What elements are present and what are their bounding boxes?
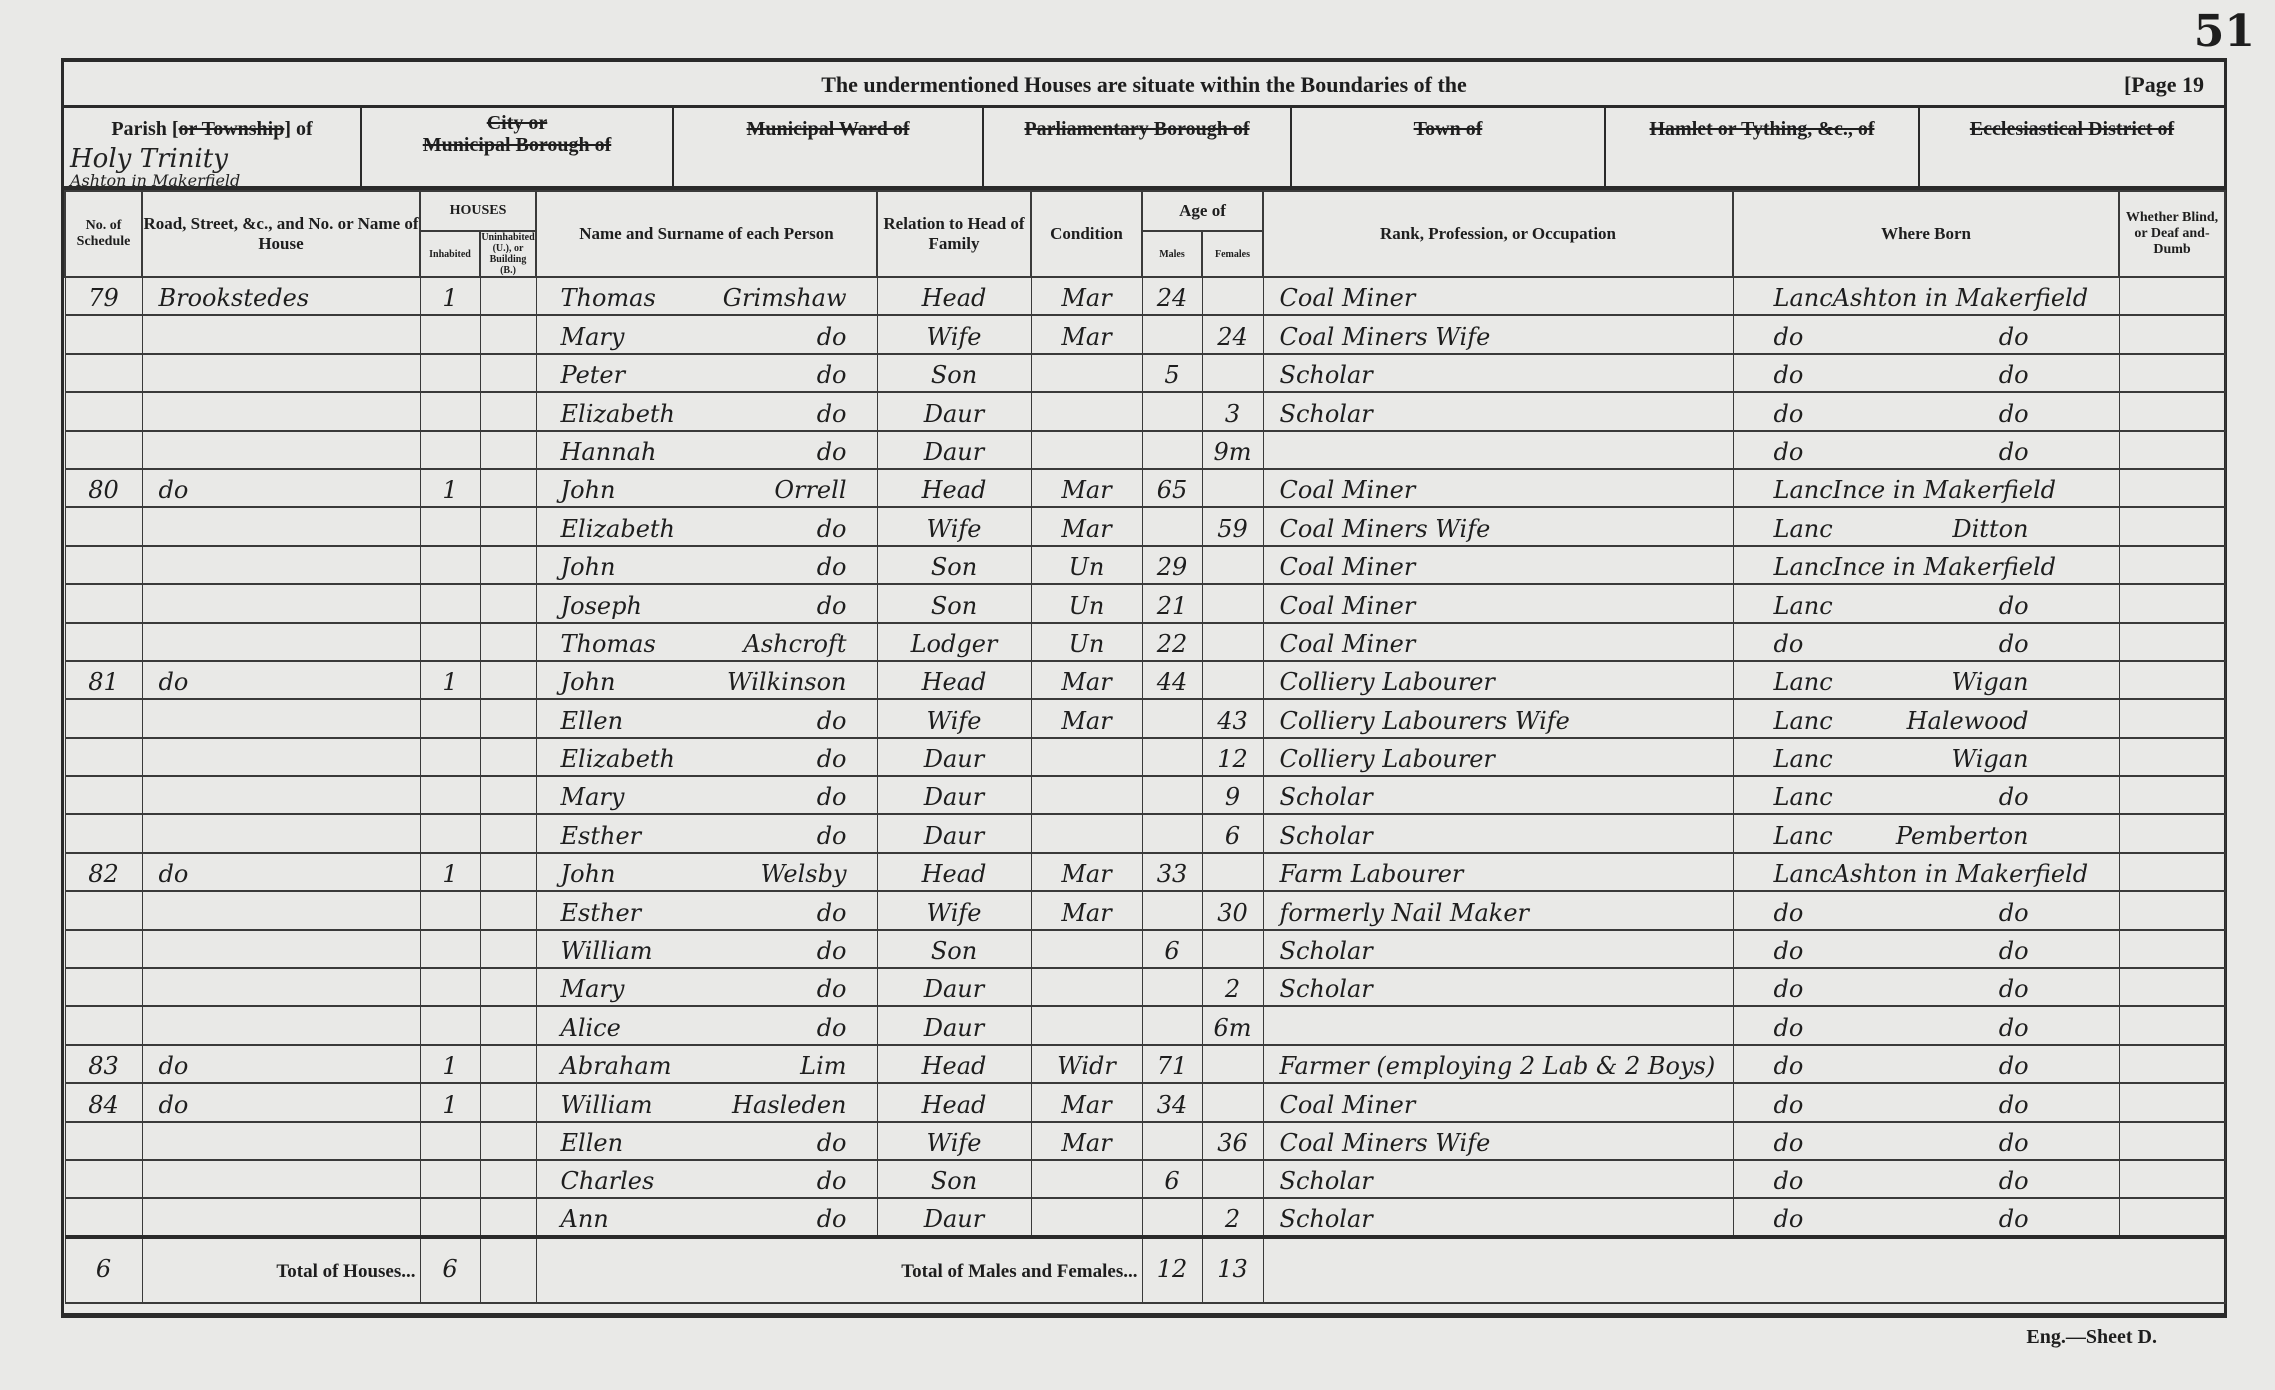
uninhabited-count bbox=[480, 1160, 536, 1198]
occupation bbox=[1263, 431, 1733, 469]
table-row: AlicedoDaur6mdodo bbox=[65, 1006, 2225, 1044]
census-form: The undermentioned Houses are situate wi… bbox=[61, 58, 2227, 1318]
road-name: do bbox=[142, 1045, 420, 1083]
totals-row: 6 Total of Houses... 6 Total of Males an… bbox=[65, 1237, 2225, 1303]
female-age: 6 bbox=[1202, 814, 1263, 852]
blind-deaf bbox=[2119, 1122, 2225, 1160]
where-born: LancAshton in Makerfield bbox=[1733, 277, 2119, 315]
relation: Head bbox=[877, 1045, 1031, 1083]
person-name: Elizabethdo bbox=[536, 507, 877, 545]
occupation: Scholar bbox=[1263, 814, 1733, 852]
uninhabited-count bbox=[480, 1122, 536, 1160]
col-header-where-born: Where Born bbox=[1733, 191, 2119, 277]
table-row: 81do1JohnWilkinsonHeadMar44Colliery Labo… bbox=[65, 661, 2225, 699]
condition bbox=[1031, 1198, 1142, 1236]
where-born: dodo bbox=[1733, 623, 2119, 661]
blind-deaf bbox=[2119, 776, 2225, 814]
person-name: Josephdo bbox=[536, 584, 877, 622]
male-age bbox=[1142, 968, 1202, 1006]
schedule-number bbox=[65, 623, 142, 661]
road-name bbox=[142, 776, 420, 814]
where-born: LancDitton bbox=[1733, 507, 2119, 545]
inhabited-count bbox=[420, 930, 480, 968]
male-age: 34 bbox=[1142, 1083, 1202, 1121]
where-born: LancInce in Makerfield bbox=[1733, 546, 2119, 584]
condition: Mar bbox=[1031, 891, 1142, 929]
inhabited-count: 1 bbox=[420, 1083, 480, 1121]
schedule-number: 82 bbox=[65, 853, 142, 891]
schedule-number bbox=[65, 431, 142, 469]
female-age: 9 bbox=[1202, 776, 1263, 814]
road-name bbox=[142, 814, 420, 852]
person-name: Johndo bbox=[536, 546, 877, 584]
relation: Daur bbox=[877, 1198, 1031, 1236]
total-males: 12 bbox=[1142, 1237, 1202, 1303]
location-town: Town of bbox=[1292, 108, 1606, 186]
condition bbox=[1031, 814, 1142, 852]
schedule-number bbox=[65, 1122, 142, 1160]
inhabited-count bbox=[420, 354, 480, 392]
census-table-wrapper: No. of Schedule Road, Street, &c., and N… bbox=[64, 190, 2224, 1304]
road-name bbox=[142, 699, 420, 737]
where-born: dodo bbox=[1733, 1160, 2119, 1198]
relation: Daur bbox=[877, 392, 1031, 430]
schedule-number bbox=[65, 507, 142, 545]
uninhabited-count bbox=[480, 431, 536, 469]
condition: Mar bbox=[1031, 277, 1142, 315]
where-born: dodo bbox=[1733, 1083, 2119, 1121]
person-name: Alicedo bbox=[536, 1006, 877, 1044]
road-name bbox=[142, 891, 420, 929]
condition: Mar bbox=[1031, 507, 1142, 545]
where-born: LancPemberton bbox=[1733, 814, 2119, 852]
relation: Head bbox=[877, 853, 1031, 891]
uninhabited-count bbox=[480, 814, 536, 852]
occupation: Colliery Labourers Wife bbox=[1263, 699, 1733, 737]
location-row: Parish [or Township] of Holy Trinity Ash… bbox=[64, 108, 2224, 190]
inhabited-count: 1 bbox=[420, 661, 480, 699]
table-row: HannahdoDaur9mdodo bbox=[65, 431, 2225, 469]
person-name: Ellendo bbox=[536, 1122, 877, 1160]
blind-deaf bbox=[2119, 891, 2225, 929]
condition: Un bbox=[1031, 623, 1142, 661]
male-age: 65 bbox=[1142, 469, 1202, 507]
sheet-footer: Eng.—Sheet D. bbox=[2026, 1326, 2157, 1349]
uninhabited-count bbox=[480, 469, 536, 507]
condition: Un bbox=[1031, 584, 1142, 622]
person-name: Estherdo bbox=[536, 814, 877, 852]
relation: Son bbox=[877, 546, 1031, 584]
inhabited-count bbox=[420, 738, 480, 776]
where-born: dodo bbox=[1733, 968, 2119, 1006]
inhabited-count bbox=[420, 392, 480, 430]
female-age: 12 bbox=[1202, 738, 1263, 776]
table-row: WilliamdoSon6Scholardodo bbox=[65, 930, 2225, 968]
uninhabited-count bbox=[480, 1198, 536, 1236]
table-row: 80do1JohnOrrellHeadMar65Coal MinerLancIn… bbox=[65, 469, 2225, 507]
person-name: Charlesdo bbox=[536, 1160, 877, 1198]
blind-deaf bbox=[2119, 699, 2225, 737]
table-row: JohndoSonUn29Coal MinerLancInce in Maker… bbox=[65, 546, 2225, 584]
schedule-number bbox=[65, 930, 142, 968]
table-row: EstherdoDaur6ScholarLancPemberton bbox=[65, 814, 2225, 852]
occupation: Scholar bbox=[1263, 968, 1733, 1006]
road-name bbox=[142, 1122, 420, 1160]
condition bbox=[1031, 431, 1142, 469]
blind-deaf bbox=[2119, 968, 2225, 1006]
condition: Mar bbox=[1031, 315, 1142, 353]
table-row: ThomasAshcroftLodgerUn22Coal Minerdodo bbox=[65, 623, 2225, 661]
male-age bbox=[1142, 1006, 1202, 1044]
road-name: do bbox=[142, 1083, 420, 1121]
where-born: Lancdo bbox=[1733, 584, 2119, 622]
female-age: 6m bbox=[1202, 1006, 1263, 1044]
condition: Mar bbox=[1031, 699, 1142, 737]
where-born: dodo bbox=[1733, 1006, 2119, 1044]
road-name: do bbox=[142, 469, 420, 507]
person-name: ThomasAshcroft bbox=[536, 623, 877, 661]
where-born: LancWigan bbox=[1733, 661, 2119, 699]
occupation: Scholar bbox=[1263, 1198, 1733, 1236]
table-row: PeterdoSon5Scholardodo bbox=[65, 354, 2225, 392]
occupation: Coal Miners Wife bbox=[1263, 507, 1733, 545]
inhabited-count bbox=[420, 1122, 480, 1160]
uninhabited-count bbox=[480, 392, 536, 430]
female-age bbox=[1202, 853, 1263, 891]
inhabited-count bbox=[420, 1198, 480, 1236]
relation: Daur bbox=[877, 776, 1031, 814]
road-name bbox=[142, 354, 420, 392]
female-age: 3 bbox=[1202, 392, 1263, 430]
location-ecclesiastical-district: Ecclesiastical District of bbox=[1920, 108, 2224, 186]
inhabited-count bbox=[420, 699, 480, 737]
col-header-uninhabited: Uninhabited (U.), or Building (B.) bbox=[480, 231, 536, 277]
person-name: Elizabethdo bbox=[536, 738, 877, 776]
form-title: The undermentioned Houses are situate wi… bbox=[64, 72, 2224, 98]
uninhabited-count bbox=[480, 1006, 536, 1044]
occupation: formerly Nail Maker bbox=[1263, 891, 1733, 929]
schedule-number bbox=[65, 354, 142, 392]
where-born: dodo bbox=[1733, 354, 2119, 392]
female-age bbox=[1202, 584, 1263, 622]
page-stamp: 51 bbox=[2194, 6, 2255, 57]
female-age: 24 bbox=[1202, 315, 1263, 353]
condition: Widr bbox=[1031, 1045, 1142, 1083]
relation: Daur bbox=[877, 814, 1031, 852]
male-age bbox=[1142, 507, 1202, 545]
relation: Head bbox=[877, 1083, 1031, 1121]
occupation: Colliery Labourer bbox=[1263, 738, 1733, 776]
relation: Daur bbox=[877, 1006, 1031, 1044]
schedule-number bbox=[65, 814, 142, 852]
inhabited-count bbox=[420, 546, 480, 584]
where-born: LancAshton in Makerfield bbox=[1733, 853, 2119, 891]
inhabited-count bbox=[420, 315, 480, 353]
relation: Wife bbox=[877, 1122, 1031, 1160]
schedule-number bbox=[65, 699, 142, 737]
male-age: 33 bbox=[1142, 853, 1202, 891]
table-row: MarydoDaur2Scholardodo bbox=[65, 968, 2225, 1006]
schedule-number bbox=[65, 776, 142, 814]
inhabited-count bbox=[420, 431, 480, 469]
table-row: ElizabethdoDaur12Colliery LabourerLancWi… bbox=[65, 738, 2225, 776]
occupation bbox=[1263, 1006, 1733, 1044]
person-name: Hannahdo bbox=[536, 431, 877, 469]
where-born: dodo bbox=[1733, 891, 2119, 929]
col-header-schedule: No. of Schedule bbox=[65, 191, 142, 277]
road-name bbox=[142, 1160, 420, 1198]
total-females: 13 bbox=[1202, 1237, 1263, 1303]
male-age bbox=[1142, 699, 1202, 737]
schedule-number bbox=[65, 968, 142, 1006]
person-name: JohnWilkinson bbox=[536, 661, 877, 699]
blind-deaf bbox=[2119, 584, 2225, 622]
condition bbox=[1031, 1160, 1142, 1198]
table-row: ElizabethdoWifeMar59Coal Miners WifeLanc… bbox=[65, 507, 2225, 545]
table-row: 82do1JohnWelsbyHeadMar33Farm LabourerLan… bbox=[65, 853, 2225, 891]
female-age bbox=[1202, 1045, 1263, 1083]
uninhabited-count bbox=[480, 277, 536, 315]
total-houses-inhabited: 6 bbox=[420, 1237, 480, 1303]
road-name: do bbox=[142, 853, 420, 891]
relation: Wife bbox=[877, 699, 1031, 737]
inhabited-count: 1 bbox=[420, 277, 480, 315]
relation: Daur bbox=[877, 968, 1031, 1006]
uninhabited-count bbox=[480, 738, 536, 776]
uninhabited-count bbox=[480, 1083, 536, 1121]
occupation: Coal Miners Wife bbox=[1263, 1122, 1733, 1160]
col-header-relation: Relation to Head of Family bbox=[877, 191, 1031, 277]
uninhabited-count bbox=[480, 968, 536, 1006]
col-header-condition: Condition bbox=[1031, 191, 1142, 277]
blind-deaf bbox=[2119, 1045, 2225, 1083]
condition bbox=[1031, 392, 1142, 430]
inhabited-count bbox=[420, 623, 480, 661]
person-name: AbrahamLim bbox=[536, 1045, 877, 1083]
male-age: 21 bbox=[1142, 584, 1202, 622]
col-header-inhabited: Inhabited bbox=[420, 231, 480, 277]
female-age bbox=[1202, 277, 1263, 315]
person-name: Ellendo bbox=[536, 699, 877, 737]
table-row: MarydoWifeMar24Coal Miners Wifedodo bbox=[65, 315, 2225, 353]
table-row: MarydoDaur9ScholarLancdo bbox=[65, 776, 2225, 814]
schedule-number bbox=[65, 738, 142, 776]
occupation: Coal Miners Wife bbox=[1263, 315, 1733, 353]
male-age bbox=[1142, 738, 1202, 776]
condition bbox=[1031, 1006, 1142, 1044]
table-row: 79Brookstedes1ThomasGrimshawHeadMar24Coa… bbox=[65, 277, 2225, 315]
schedule-number bbox=[65, 1006, 142, 1044]
table-row: CharlesdoSon6Scholardodo bbox=[65, 1160, 2225, 1198]
female-age bbox=[1202, 546, 1263, 584]
condition: Un bbox=[1031, 546, 1142, 584]
occupation: Coal Miner bbox=[1263, 469, 1733, 507]
location-parish: Parish [or Township] of Holy Trinity Ash… bbox=[64, 108, 362, 186]
occupation: Coal Miner bbox=[1263, 277, 1733, 315]
blind-deaf bbox=[2119, 1083, 2225, 1121]
uninhabited-count bbox=[480, 507, 536, 545]
condition bbox=[1031, 930, 1142, 968]
relation: Head bbox=[877, 469, 1031, 507]
condition bbox=[1031, 738, 1142, 776]
uninhabited-count bbox=[480, 699, 536, 737]
road-name: Brookstedes bbox=[142, 277, 420, 315]
person-name: Marydo bbox=[536, 968, 877, 1006]
location-parliamentary-borough: Parliamentary Borough of bbox=[984, 108, 1292, 186]
page-reference: [Page 19 bbox=[2124, 72, 2204, 98]
road-name bbox=[142, 546, 420, 584]
occupation: Scholar bbox=[1263, 930, 1733, 968]
col-header-road: Road, Street, &c., and No. or Name of Ho… bbox=[142, 191, 420, 277]
male-age bbox=[1142, 1198, 1202, 1236]
occupation: Farmer (employing 2 Lab & 2 Boys) bbox=[1263, 1045, 1733, 1083]
inhabited-count bbox=[420, 507, 480, 545]
schedule-number: 79 bbox=[65, 277, 142, 315]
female-age: 2 bbox=[1202, 1198, 1263, 1236]
relation: Son bbox=[877, 1160, 1031, 1198]
occupation: Scholar bbox=[1263, 1160, 1733, 1198]
male-age: 5 bbox=[1142, 354, 1202, 392]
blind-deaf bbox=[2119, 354, 2225, 392]
blind-deaf bbox=[2119, 1198, 2225, 1236]
condition: Mar bbox=[1031, 661, 1142, 699]
male-age: 24 bbox=[1142, 277, 1202, 315]
location-hamlet: Hamlet or Tything, &c., of bbox=[1606, 108, 1920, 186]
female-age bbox=[1202, 354, 1263, 392]
person-name: Peterdo bbox=[536, 354, 877, 392]
relation: Wife bbox=[877, 507, 1031, 545]
uninhabited-count bbox=[480, 776, 536, 814]
table-row: 83do1AbrahamLimHeadWidr71Farmer (employi… bbox=[65, 1045, 2225, 1083]
road-name bbox=[142, 431, 420, 469]
female-age bbox=[1202, 469, 1263, 507]
totals-section: 6 Total of Houses... 6 Total of Males an… bbox=[65, 1237, 2225, 1303]
inhabited-count bbox=[420, 1160, 480, 1198]
female-age bbox=[1202, 661, 1263, 699]
female-age bbox=[1202, 1083, 1263, 1121]
male-age bbox=[1142, 814, 1202, 852]
road-name bbox=[142, 1198, 420, 1236]
col-header-males: Males bbox=[1142, 231, 1202, 277]
schedule-number bbox=[65, 546, 142, 584]
occupation: Scholar bbox=[1263, 392, 1733, 430]
male-age bbox=[1142, 776, 1202, 814]
table-row: JosephdoSonUn21Coal MinerLancdo bbox=[65, 584, 2225, 622]
road-name: do bbox=[142, 661, 420, 699]
blind-deaf bbox=[2119, 431, 2225, 469]
road-name bbox=[142, 315, 420, 353]
inhabited-count bbox=[420, 1006, 480, 1044]
relation: Son bbox=[877, 584, 1031, 622]
uninhabited-count bbox=[480, 315, 536, 353]
where-born: dodo bbox=[1733, 930, 2119, 968]
relation: Daur bbox=[877, 431, 1031, 469]
inhabited-count: 1 bbox=[420, 1045, 480, 1083]
female-age bbox=[1202, 930, 1263, 968]
where-born: dodo bbox=[1733, 431, 2119, 469]
col-header-blind-deaf: Whether Blind, or Deaf and-Dumb bbox=[2119, 191, 2225, 277]
condition bbox=[1031, 354, 1142, 392]
where-born: dodo bbox=[1733, 315, 2119, 353]
female-age: 36 bbox=[1202, 1122, 1263, 1160]
road-name bbox=[142, 1006, 420, 1044]
person-name: Anndo bbox=[536, 1198, 877, 1236]
schedule-number: 80 bbox=[65, 469, 142, 507]
schedule-number: 83 bbox=[65, 1045, 142, 1083]
form-title-row: The undermentioned Houses are situate wi… bbox=[64, 62, 2224, 108]
uninhabited-count bbox=[480, 623, 536, 661]
inhabited-count: 1 bbox=[420, 469, 480, 507]
location-municipal-borough: City or Municipal Borough of bbox=[362, 108, 674, 186]
inhabited-count bbox=[420, 814, 480, 852]
person-name: Marydo bbox=[536, 315, 877, 353]
table-row: 84do1WilliamHasledenHeadMar34Coal Minerd… bbox=[65, 1083, 2225, 1121]
female-age: 30 bbox=[1202, 891, 1263, 929]
male-age: 29 bbox=[1142, 546, 1202, 584]
where-born: LancWigan bbox=[1733, 738, 2119, 776]
road-name bbox=[142, 623, 420, 661]
occupation: Coal Miner bbox=[1263, 584, 1733, 622]
person-name: WilliamHasleden bbox=[536, 1083, 877, 1121]
male-age bbox=[1142, 1122, 1202, 1160]
person-name: Williamdo bbox=[536, 930, 877, 968]
schedule-number bbox=[65, 1198, 142, 1236]
road-name bbox=[142, 507, 420, 545]
relation: Daur bbox=[877, 738, 1031, 776]
uninhabited-count bbox=[480, 546, 536, 584]
schedule-number bbox=[65, 1160, 142, 1198]
person-name: Estherdo bbox=[536, 891, 877, 929]
total-schedules: 6 bbox=[65, 1237, 142, 1303]
col-header-houses: HOUSES bbox=[420, 191, 536, 231]
blind-deaf bbox=[2119, 392, 2225, 430]
uninhabited-count bbox=[480, 930, 536, 968]
condition bbox=[1031, 968, 1142, 1006]
male-age: 71 bbox=[1142, 1045, 1202, 1083]
blind-deaf bbox=[2119, 507, 2225, 545]
col-header-occupation: Rank, Profession, or Occupation bbox=[1263, 191, 1733, 277]
female-age bbox=[1202, 1160, 1263, 1198]
table-row: AnndoDaur2Scholardodo bbox=[65, 1198, 2225, 1236]
road-name bbox=[142, 584, 420, 622]
schedule-number bbox=[65, 584, 142, 622]
road-name bbox=[142, 392, 420, 430]
blind-deaf bbox=[2119, 661, 2225, 699]
where-born: dodo bbox=[1733, 1198, 2119, 1236]
table-row: EstherdoWifeMar30formerly Nail Makerdodo bbox=[65, 891, 2225, 929]
inhabited-count: 1 bbox=[420, 853, 480, 891]
blind-deaf bbox=[2119, 469, 2225, 507]
male-age: 6 bbox=[1142, 1160, 1202, 1198]
male-age: 6 bbox=[1142, 930, 1202, 968]
uninhabited-count bbox=[480, 853, 536, 891]
condition: Mar bbox=[1031, 1083, 1142, 1121]
parish-value: Holy Trinity Ashton in Makerfield bbox=[70, 148, 240, 192]
female-age: 43 bbox=[1202, 699, 1263, 737]
schedule-number: 84 bbox=[65, 1083, 142, 1121]
schedule-number bbox=[65, 392, 142, 430]
col-header-females: Females bbox=[1202, 231, 1263, 277]
person-name: JohnWelsby bbox=[536, 853, 877, 891]
inhabited-count bbox=[420, 776, 480, 814]
where-born: dodo bbox=[1733, 1045, 2119, 1083]
female-age bbox=[1202, 623, 1263, 661]
blind-deaf bbox=[2119, 546, 2225, 584]
blind-deaf bbox=[2119, 814, 2225, 852]
inhabited-count bbox=[420, 891, 480, 929]
condition: Mar bbox=[1031, 853, 1142, 891]
table-row: ElizabethdoDaur3Scholardodo bbox=[65, 392, 2225, 430]
